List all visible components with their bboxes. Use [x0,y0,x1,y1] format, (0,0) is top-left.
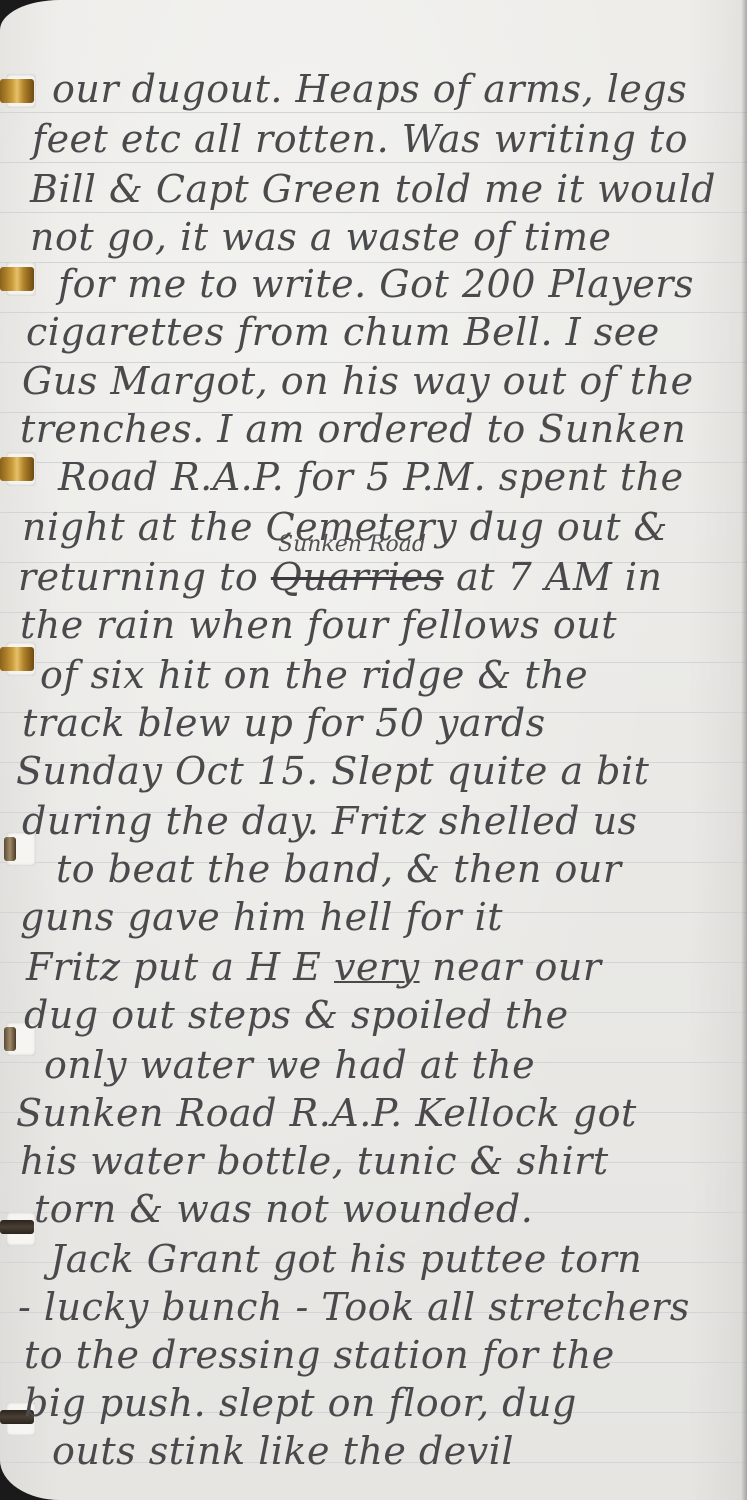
diary-line: Sunday Oct 15. Slept quite a bit [16,752,649,790]
struck-word: Quarries [271,555,444,599]
diary-line: trenches. I am ordered to Sunken [20,410,686,448]
diary-line: during the day. Fritz shelled us [22,802,638,840]
diary-line: the rain when four fellows out [20,606,617,644]
diary-line: outs stink like the devil [52,1432,514,1470]
binding-ring [0,74,38,108]
diary-page: our dugout. Heaps of arms, legs feet etc… [0,0,747,1500]
diary-line: big push. slept on floor, dug [24,1384,577,1422]
diary-line: our dugout. Heaps of arms, legs [52,70,687,108]
diary-line: Sunken Road R.A.P. Kellock got [16,1094,637,1132]
line-segment: Fritz put a H E [26,945,334,989]
diary-line: Jack Grant got his puttee torn [50,1240,642,1278]
underlined-word: very [334,945,420,989]
diary-line: feet etc all rotten. Was writing to [32,120,688,158]
diary-line: - lucky bunch - Took all stretchers [18,1288,690,1326]
diary-line: guns gave him hell for it [20,898,503,936]
diary-line: Road R.A.P. for 5 P.M. spent the [58,458,684,496]
binding-ring [0,642,38,676]
line-segment: near our [420,945,602,989]
diary-line: track blew up for 50 yards [22,704,546,742]
diary-line: cigarettes from chum Bell. I see [26,313,660,351]
diary-line: Bill & Capt Green told me it would [30,170,716,208]
binding-ring [0,452,38,486]
ruled-line [0,162,747,163]
diary-line: not go, it was a waste of time [30,218,612,256]
line-segment: at 7 AM in [444,555,663,599]
diary-line: for me to write. Got 200 Players [58,265,694,303]
diary-line: only water we had at the [44,1046,535,1084]
diary-line: dug out steps & spoiled the [24,996,569,1034]
binding-ring [0,1212,38,1246]
ruled-line [0,212,747,213]
diary-line: of six hit on the ridge & the [40,656,588,694]
diary-line: returning to Quarries at 7 AM in [18,558,662,596]
diary-line: torn & was not wounded. [34,1190,533,1228]
diary-line: his water bottle, tunic & shirt [20,1142,609,1180]
diary-line: to beat the band, & then our [56,850,622,888]
diary-line: to the dressing station for the [24,1336,615,1374]
diary-line: Fritz put a H E very near our [26,948,602,986]
page-edge-shadow [741,0,747,1500]
inserted-correction: Sunken Road [278,532,426,557]
diary-line: Gus Margot, on his way out of the [22,362,694,400]
line-segment: returning to [18,555,271,599]
ruled-line [0,112,747,113]
binding-ring [0,262,38,296]
